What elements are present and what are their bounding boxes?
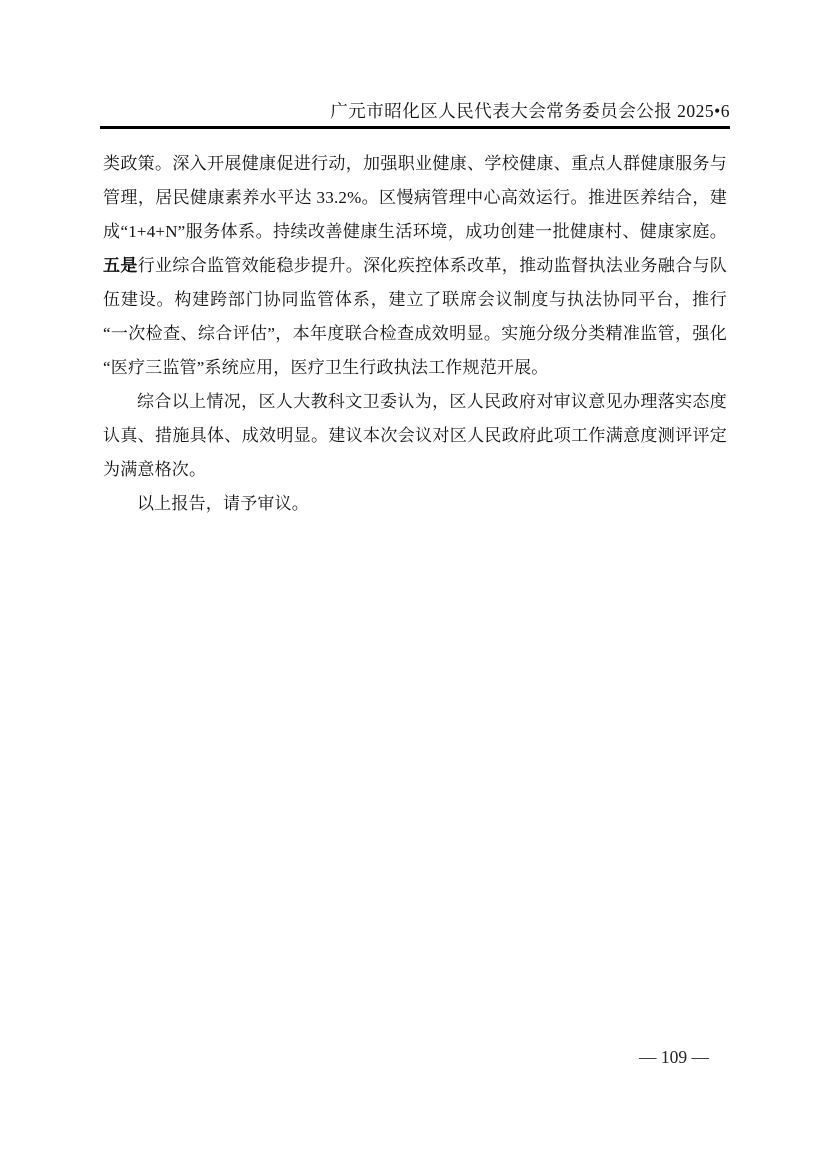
text-segment: 行业综合监管效能稳步提升。深化疾控体系改革，推动监督执法业务融合与队伍建设。构建…	[103, 256, 727, 377]
paragraph: 综合以上情况，区人大教科文卫委认为，区人民政府对审议意见办理落实态度认真、措施具…	[103, 385, 727, 487]
masthead-title: 广元市昭化区人民代表大会常务委员会公报 2025•6	[100, 99, 730, 123]
page-number: — 109 —	[639, 1046, 709, 1068]
text-segment: 以上报告，请予审议。	[137, 494, 309, 513]
paragraph: 类政策。深入开展健康促进行动，加强职业健康、学校健康、重点人群健康服务与管理，居…	[103, 147, 727, 385]
text-segment: 类政策。深入开展健康促进行动，加强职业健康、学校健康、重点人群健康服务与管理，居…	[103, 154, 727, 241]
paragraph: 以上报告，请予审议。	[103, 487, 727, 521]
header-divider	[100, 126, 730, 129]
bold-text-segment: 五是	[103, 256, 138, 275]
document-body: 类政策。深入开展健康促进行动，加强职业健康、学校健康、重点人群健康服务与管理，居…	[103, 147, 727, 521]
document-page: 广元市昭化区人民代表大会常务委员会公报 2025•6 类政策。深入开展健康促进行…	[0, 0, 827, 1170]
text-segment: 综合以上情况，区人大教科文卫委认为，区人民政府对审议意见办理落实态度认真、措施具…	[103, 392, 727, 479]
